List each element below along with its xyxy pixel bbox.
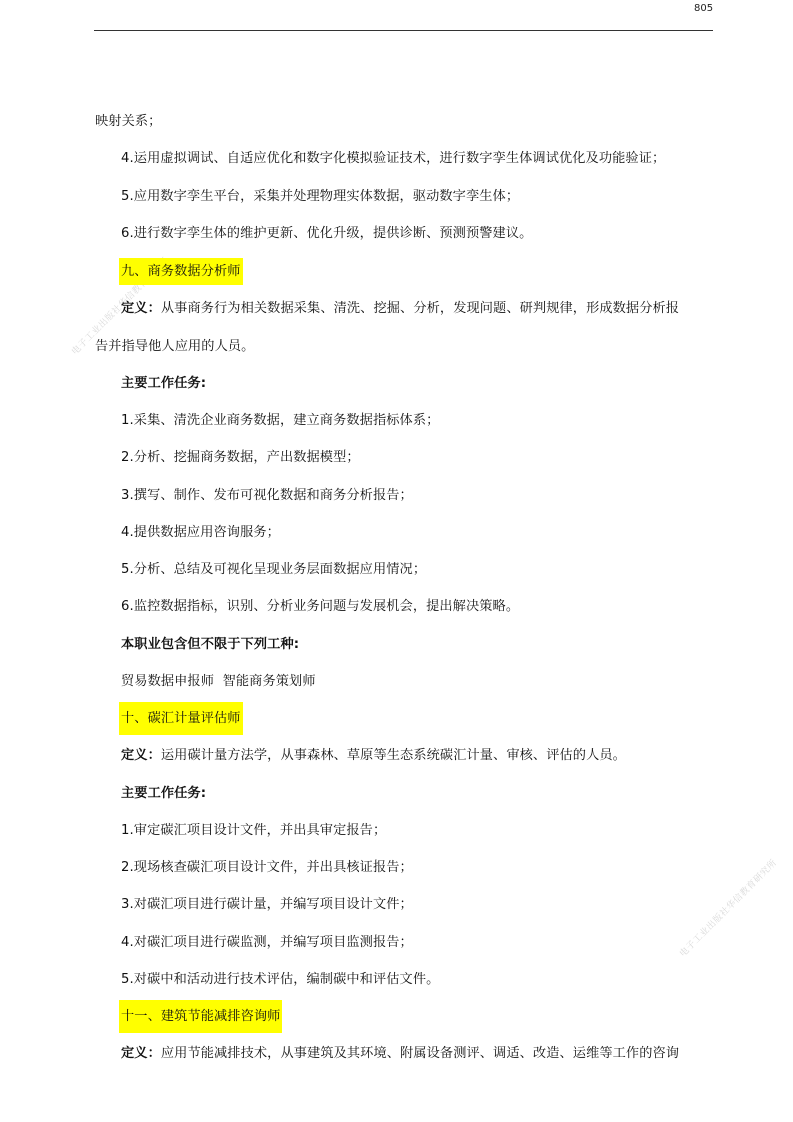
section-10-definition: 定义：运用碳计量方法学，从事森林、草原等生态系统碳汇计量、审核、评估的人员。 <box>121 748 626 764</box>
watermark-right: 电子工业出版社华信教育研究所 <box>676 856 779 959</box>
section-9-task-3: 3.撰写、制作、发布可视化数据和商务分析报告； <box>121 488 413 504</box>
section-10-definition-label: 定义： <box>121 748 161 763</box>
section-10-task-1: 1.审定碳汇项目设计文件，并出具审定报告； <box>121 823 386 839</box>
section-9-definition-label: 定义： <box>121 301 161 316</box>
section-11-definition-label: 定义： <box>121 1046 161 1061</box>
section-9-task-5: 5.分析、总结及可视化呈现业务层面数据应用情况； <box>121 562 426 578</box>
section-9-subtypes-label: 本职业包含但不限于下列工种: <box>121 637 299 653</box>
section-9-task-2: 2.分析、挖掘商务数据，产出数据模型； <box>121 450 360 466</box>
page-number: 805 <box>694 3 713 14</box>
section-9-definition: 定义：从事商务行为相关数据采集、清洗、挖掘、分析，发现问题、研判规律，形成数据分… <box>121 301 679 317</box>
section-9-subtypes: 贸易数据申报师 智能商务策划师 <box>121 674 316 690</box>
header-rule <box>94 30 713 31</box>
section-10-title-text: 十、碳汇计量评估师 <box>119 702 243 735</box>
section-9-task-4: 4.提供数据应用咨询服务； <box>121 525 280 541</box>
section-11-title: 十一、建筑节能减排咨询师 <box>121 1009 282 1025</box>
section-10-task-2: 2.现场核查碳汇项目设计文件，并出具核证报告； <box>121 860 413 876</box>
section-9-task-6: 6.监控数据指标，识别、分析业务问题与发展机会，提出解决策略。 <box>121 599 519 615</box>
section-10-task-4: 4.对碳汇项目进行碳监测，并编写项目监测报告； <box>121 935 413 951</box>
section-9-tasks-label: 主要工作任务: <box>121 376 206 392</box>
prev-task-6: 6.进行数字孪生体的维护更新、优化升级，提供诊断、预测预警建议。 <box>121 226 532 242</box>
prev-section-tail: 映射关系； <box>95 114 161 130</box>
section-9-task-1: 1.采集、清洗企业商务数据，建立商务数据指标体系； <box>121 413 439 429</box>
section-11-title-text: 十一、建筑节能减排咨询师 <box>119 1000 282 1033</box>
section-9-definition-cont: 告并指导他人应用的人员。 <box>95 339 254 355</box>
prev-task-4: 4.运用虚拟调试、自适应优化和数字化模拟验证技术，进行数字孪生体调试优化及功能验… <box>121 151 665 167</box>
section-11-definition-text: 应用节能减排技术，从事建筑及其环境、附属设备测评、调适、改造、运维等工作的咨询 <box>161 1046 679 1061</box>
section-10-task-5: 5.对碳中和活动进行技术评估，编制碳中和评估文件。 <box>121 972 439 988</box>
section-9-definition-text: 从事商务行为相关数据采集、清洗、挖掘、分析，发现问题、研判规律，形成数据分析报 <box>161 301 679 316</box>
section-10-definition-text: 运用碳计量方法学，从事森林、草原等生态系统碳汇计量、审核、评估的人员。 <box>161 748 626 763</box>
section-9-title: 九、商务数据分析师 <box>121 264 243 280</box>
section-9-title-text: 九、商务数据分析师 <box>119 258 243 285</box>
section-10-title: 十、碳汇计量评估师 <box>121 711 243 727</box>
section-10-task-3: 3.对碳汇项目进行碳计量，并编写项目设计文件； <box>121 897 413 913</box>
section-10-tasks-label: 主要工作任务: <box>121 786 206 802</box>
section-11-definition: 定义：应用节能减排技术，从事建筑及其环境、附属设备测评、调适、改造、运维等工作的… <box>121 1046 679 1062</box>
prev-task-5: 5.应用数字孪生平台，采集并处理物理实体数据，驱动数字孪生体； <box>121 189 519 205</box>
